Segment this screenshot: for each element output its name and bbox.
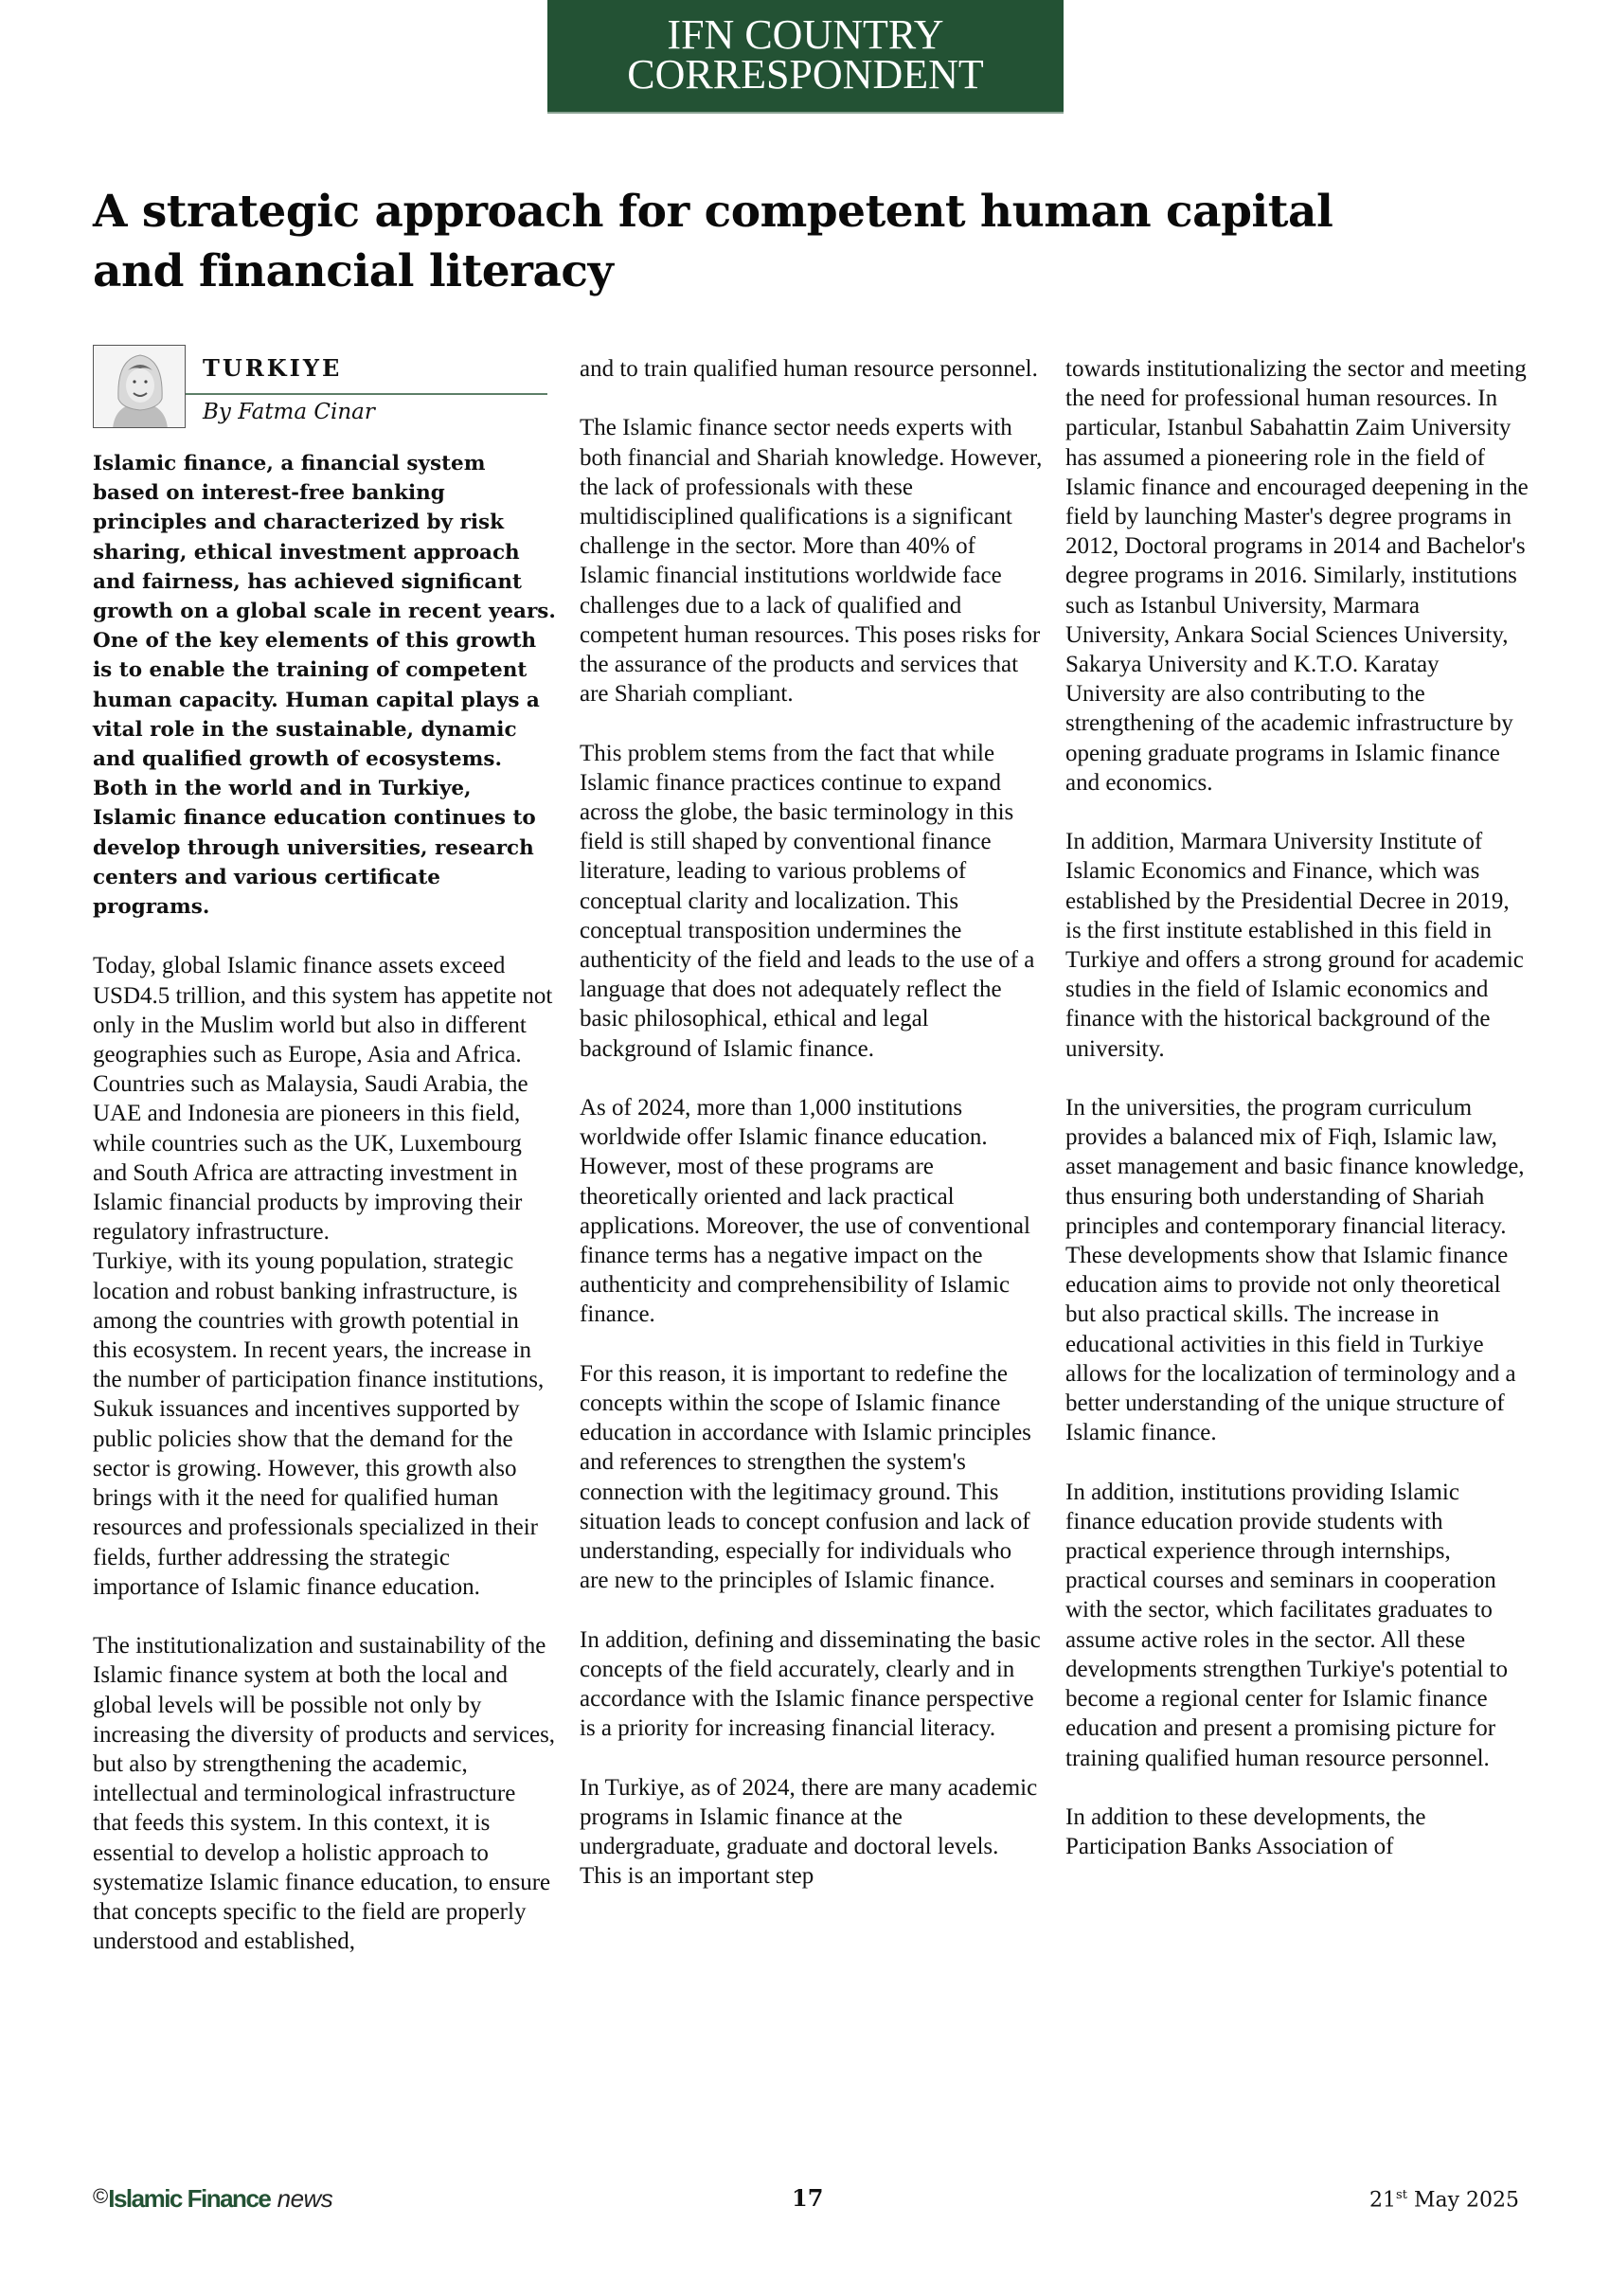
article-title: A strategic approach for competent human… xyxy=(93,182,1419,301)
issue-date: 21st May 2025 xyxy=(1369,2188,1519,2212)
article-column-2: and to train qualified human resource pe… xyxy=(580,354,1044,1921)
paragraph: In addition, defining and disseminating … xyxy=(580,1625,1044,1744)
brand-name: Islamic Finance xyxy=(108,2184,270,2213)
masthead-line-2: CORRESPONDENT xyxy=(547,55,1064,95)
paragraph: The Islamic finance sector needs experts… xyxy=(580,413,1044,709)
paragraph: In addition, institutions providing Isla… xyxy=(1065,1478,1529,1773)
page-footer: ©Islamic Finance news 17 21st May 2025 xyxy=(0,2179,1610,2226)
paragraph: and to train qualified human resource pe… xyxy=(580,354,1044,384)
author-name: By Fatma Cinar xyxy=(203,400,375,424)
date-month-year: May 2025 xyxy=(1414,2188,1519,2212)
author-portrait-icon xyxy=(94,346,186,428)
paragraph: Today, global Islamic finance assets exc… xyxy=(93,951,557,1247)
paragraph: In Turkiye, as of 2024, there are many a… xyxy=(580,1773,1044,1892)
publication-logo: ©Islamic Finance news xyxy=(93,2184,332,2214)
byline: TURKIYE By Fatma Cinar xyxy=(93,345,547,430)
date-day: 21 xyxy=(1369,2188,1396,2212)
paragraph: In addition, Marmara University Institut… xyxy=(1065,827,1529,1064)
paragraph: As of 2024, more than 1,000 institutions… xyxy=(580,1093,1044,1330)
paragraph: In the universities, the program curricu… xyxy=(1065,1093,1529,1447)
paragraph: In addition to these developments, the P… xyxy=(1065,1803,1529,1861)
article-column-3: towards institutionalizing the sector an… xyxy=(1065,354,1529,1891)
section-masthead: IFN COUNTRY CORRESPONDENT xyxy=(547,0,1064,114)
byline-divider xyxy=(186,393,547,395)
paragraph: towards institutionalizing the sector an… xyxy=(1065,354,1529,798)
country-label: TURKIYE xyxy=(203,354,342,382)
page-number: 17 xyxy=(792,2184,823,2212)
article-lede: Islamic finance, a financial system base… xyxy=(93,449,557,922)
author-photo xyxy=(93,345,186,428)
paragraph: The institutionalization and sustainabil… xyxy=(93,1631,557,1956)
paragraph: This problem stems from the fact that wh… xyxy=(580,739,1044,1064)
copyright-symbol: © xyxy=(93,2184,108,2208)
paragraph: For this reason, it is important to rede… xyxy=(580,1359,1044,1596)
date-suffix: st xyxy=(1396,2188,1407,2202)
masthead-line-1: IFN COUNTRY xyxy=(547,15,1064,55)
brand-suffix: news xyxy=(277,2184,333,2213)
article-column-1: Islamic finance, a financial system base… xyxy=(93,449,557,1986)
paragraph: Turkiye, with its young population, stra… xyxy=(93,1247,557,1601)
